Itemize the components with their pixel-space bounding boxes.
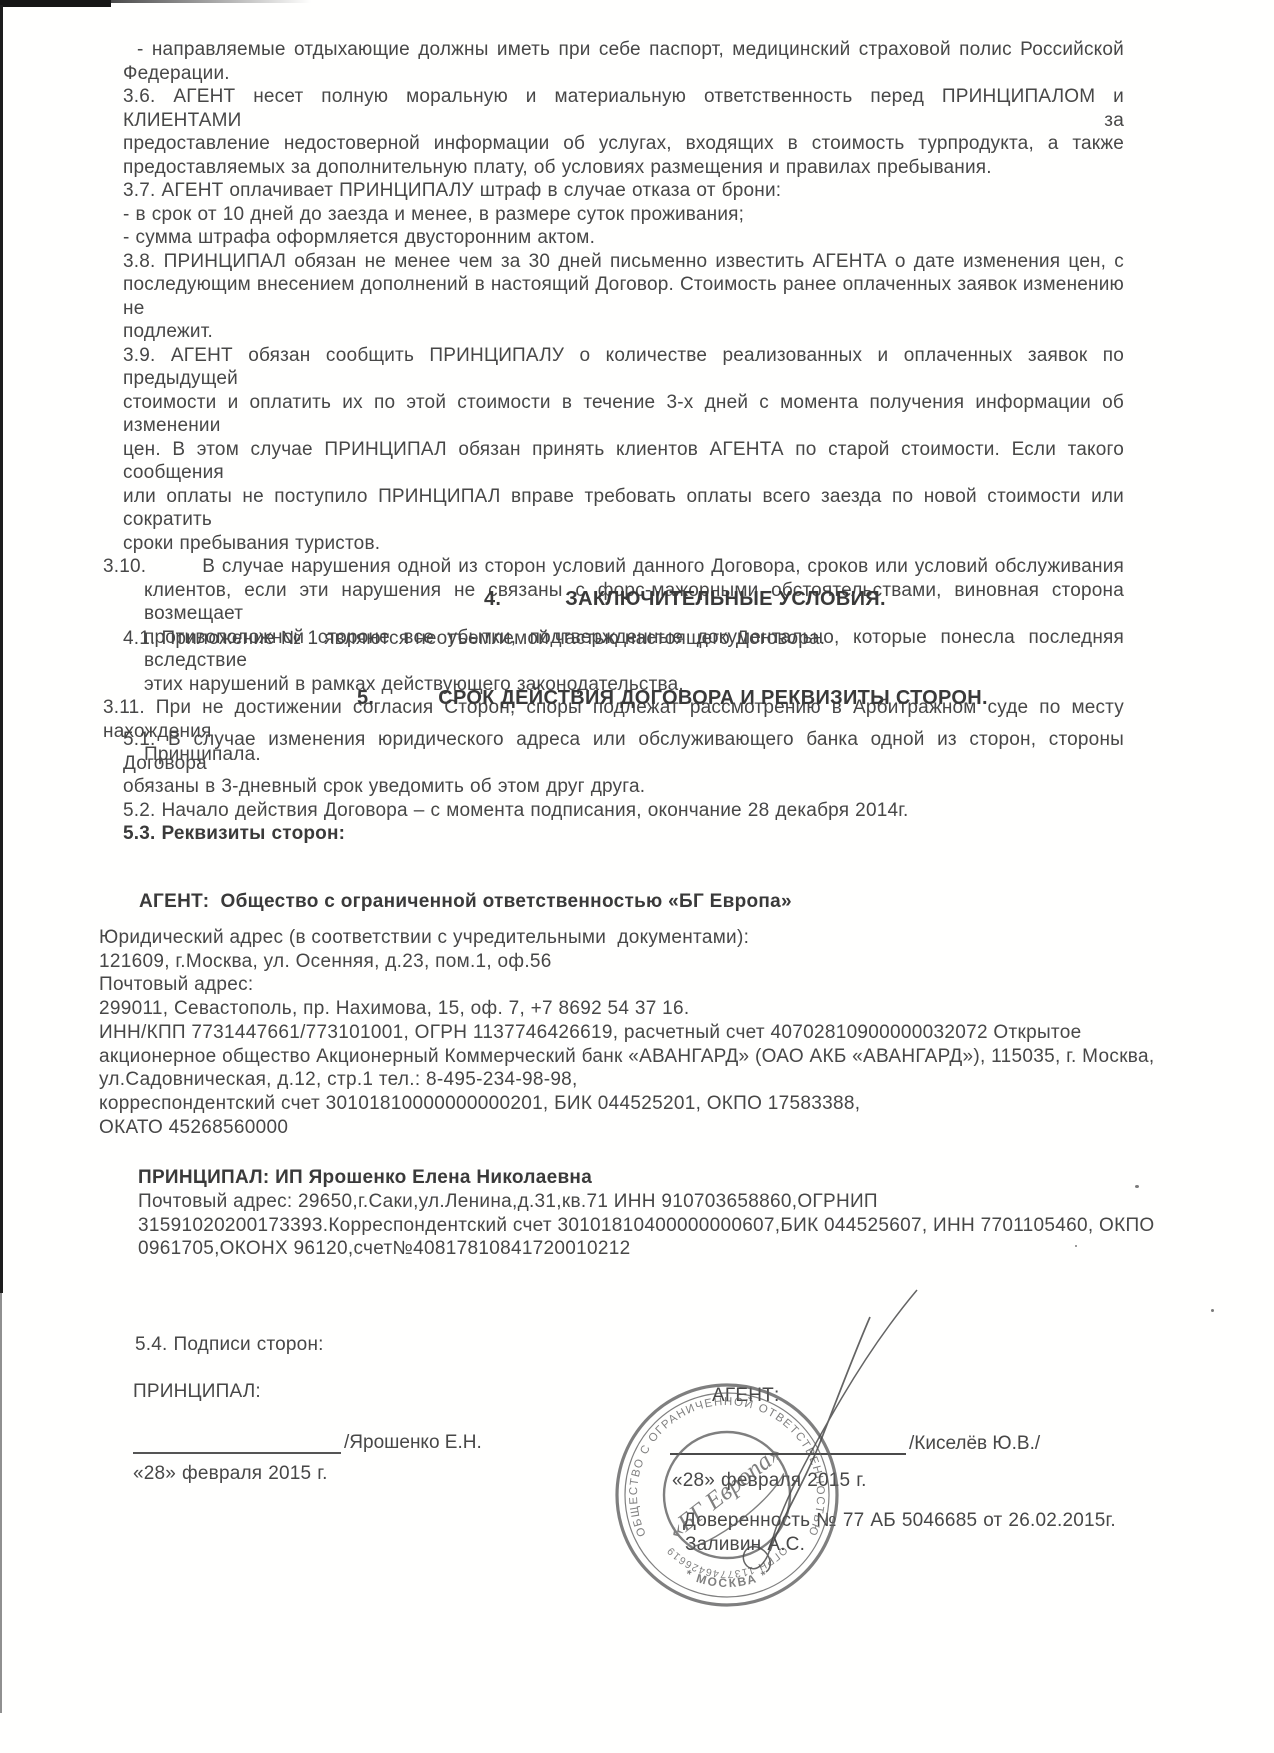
section-4-number: 4.	[484, 588, 501, 611]
doc-line: - направляемые отдыхающие должны иметь п…	[123, 38, 1124, 62]
stamp-center-group: «БГ Европа»	[663, 1440, 798, 1559]
clause-number: 3.10.	[103, 556, 146, 577]
clauses-5x-block: 5.1. В случае изменения юридического адр…	[123, 728, 1124, 846]
doc-line: обязаны в 3-дневный срок уведомить об эт…	[123, 775, 1124, 799]
req-line: 299011, Севастополь, пр. Нахимова, 15, о…	[99, 997, 1259, 1021]
doc-line: сроки пребывания туристов.	[123, 532, 1124, 556]
req-line: Почтовый адрес:	[99, 973, 1259, 997]
doc-line: - в срок от 10 дней до заезда и менее, в…	[123, 203, 1124, 227]
doc-line: 5.1. В случае изменения юридического адр…	[123, 728, 1124, 775]
section-5-heading: 5. СРОК ДЕЙСТВИЯ ДОГОВОРА И РЕКВИЗИТЫ СТ…	[357, 687, 988, 710]
doc-line: или оплаты не поступило ПРИНЦИПАЛ вправе…	[123, 485, 1124, 532]
doc-line: 5.2. Начало действия Договора – с момент…	[123, 799, 1124, 823]
section-5-title: СРОК ДЕЙСТВИЯ ДОГОВОРА И РЕКВИЗИТЫ СТОРО…	[438, 687, 988, 710]
agent-signatory-name: /Киселёв Ю.В./	[909, 1433, 1040, 1455]
req-line: Почтовый адрес: 29650,г.Саки,ул.Ленина,д…	[138, 1190, 1258, 1214]
doc-line: 3.7. АГЕНТ оплачивает ПРИНЦИПАЛУ штраф в…	[123, 179, 1124, 203]
principal-signature-row: /Ярошенко Е.Н.	[133, 1432, 482, 1454]
stamp-ogrn-text: ОГРН 1137746426619	[664, 1544, 789, 1580]
doc-line: - сумма штрафа оформляется двусторонним …	[123, 226, 1124, 250]
section-4-title: ЗАКЛЮЧИТЕЛЬНЫЕ УСЛОВИЯ.	[565, 588, 886, 611]
stamp-outer-text: ОБЩЕСТВО С ОГРАНИЧЕННОЙ ОТВЕТСТВЕННОСТЬЮ	[628, 1396, 826, 1538]
clause-5-4: 5.4. Подписи сторон:	[135, 1333, 324, 1357]
section-4-heading: 4. ЗАКЛЮЧИТЕЛЬНЫЕ УСЛОВИЯ.	[484, 588, 886, 611]
doc-line: подлежит.	[123, 320, 1124, 344]
doc-line: 3.8. ПРИНЦИПАЛ обязан не менее чем за 30…	[123, 250, 1124, 274]
scanned-contract-page: - направляемые отдыхающие должны иметь п…	[0, 0, 1274, 1753]
principal-requisites: Почтовый адрес: 29650,г.Саки,ул.Ленина,д…	[138, 1190, 1258, 1261]
principal-heading: ПРИНЦИПАЛ: ИП Ярошенко Елена Николаевна	[138, 1166, 592, 1190]
doc-line: 3.10.В случае нарушения одной из сторон …	[103, 555, 1124, 579]
req-line: ИНН/КПП 7731447661/773101001, ОГРН 11377…	[99, 1021, 1259, 1045]
clause-text: В случае нарушения одной из сторон услов…	[202, 556, 1124, 577]
doc-line: цен. В этом случае ПРИНЦИПАЛ обязан прин…	[123, 438, 1124, 485]
principal-signature-label: ПРИНЦИПАЛ:	[133, 1380, 261, 1404]
doc-line: последующим внесением дополнений в насто…	[123, 273, 1124, 320]
signature-line	[133, 1438, 341, 1454]
doc-line: 3.9. АГЕНТ обязан сообщить ПРИНЦИПАЛУ о …	[123, 344, 1124, 391]
scan-edge-top-tail	[111, 0, 311, 3]
agent-requisites: Юридический адрес (в соответствии с учре…	[99, 926, 1259, 1139]
clause-4-1: 4.1. Приложение № 1 являются неотъемлемо…	[123, 627, 1124, 651]
doc-line: стоимости и оплатить их по этой стоимост…	[123, 391, 1124, 438]
scan-edge-left-dark	[0, 5, 3, 1293]
req-line: 121609, г.Москва, ул. Осенняя, д.23, пом…	[99, 950, 1259, 974]
scan-edge-left-light	[0, 1293, 2, 1713]
clause-5-3: 5.3. Реквизиты сторон:	[123, 822, 1124, 846]
agent-heading: АГЕНТ: Общество с ограниченной ответстве…	[139, 890, 792, 914]
req-line: 31591020200173393.Корреспондентский счет…	[138, 1214, 1258, 1238]
scan-speck	[1211, 1309, 1214, 1312]
scan-speck	[1075, 1245, 1077, 1247]
req-line: Юридический адрес (в соответствии с учре…	[99, 926, 1259, 950]
stamp-center-text: «БГ Европа»	[663, 1440, 787, 1545]
clauses-3x-block: - направляемые отдыхающие должны иметь п…	[123, 38, 1124, 767]
req-line: ул.Садовническая, д.12, стр.1 тел.: 8-49…	[99, 1068, 1259, 1092]
req-line: 0961705,ОКОНХ 96120,счет№408178108417200…	[138, 1237, 1258, 1261]
company-stamp: ОБЩЕСТВО С ОГРАНИЧЕННОЙ ОТВЕТСТВЕННОСТЬЮ…	[607, 1375, 847, 1615]
scan-edge-top-bar	[0, 0, 111, 7]
principal-date: «28» февраля 2015 г.	[133, 1462, 328, 1486]
scan-speck	[1135, 1185, 1139, 1188]
section-5-number: 5.	[357, 687, 374, 710]
doc-line: предоставление недостоверной информации …	[123, 132, 1124, 156]
doc-line: 3.6. АГЕНТ несет полную моральную и мате…	[123, 85, 1124, 132]
doc-line: предоставляемых за дополнительную плату,…	[123, 156, 1124, 180]
req-line: корреспондентский счет 30101810000000000…	[99, 1092, 1259, 1116]
req-line: ОКАТО 45268560000	[99, 1116, 1259, 1140]
req-line: акционерное общество Акционерный Коммерч…	[99, 1045, 1259, 1069]
doc-line: Федерации.	[123, 62, 1124, 86]
principal-signatory-name: /Ярошенко Е.Н.	[344, 1432, 482, 1454]
